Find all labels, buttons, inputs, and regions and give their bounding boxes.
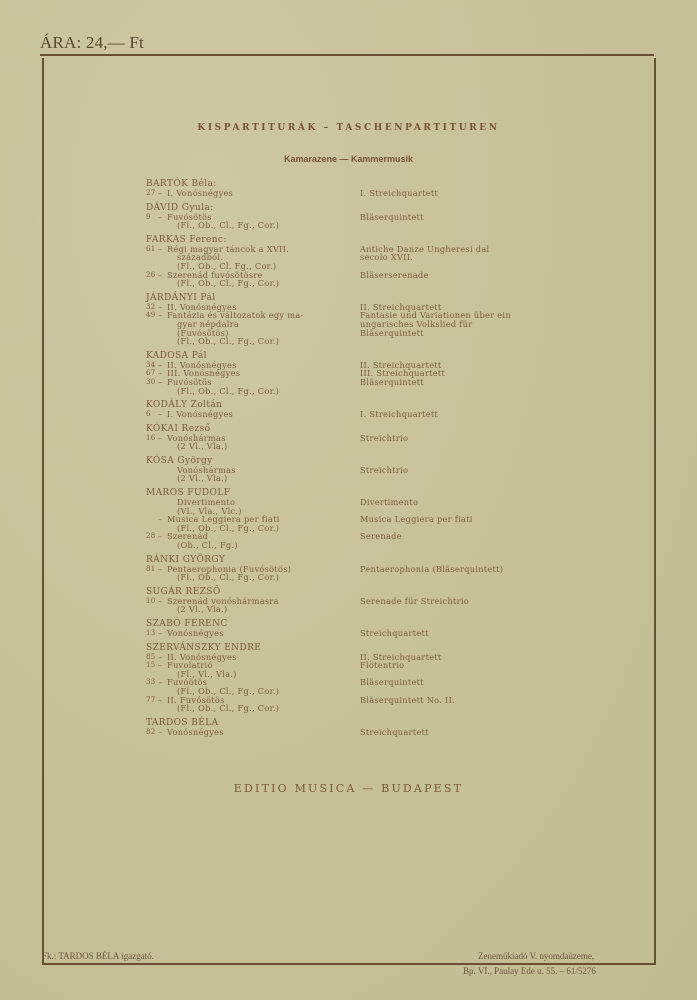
catalog-number	[146, 320, 158, 329]
dash: –	[158, 378, 167, 387]
work-title-hungarian: Vonósnégyes	[167, 728, 360, 737]
catalog-number: 81	[146, 565, 158, 574]
catalog-number	[146, 605, 158, 614]
work-row: 6–I. VonósnégyesI. Streichquartett	[146, 410, 566, 419]
dash	[158, 573, 167, 582]
catalog-number	[146, 670, 158, 679]
dash	[158, 605, 167, 614]
catalog-number: 32	[146, 303, 158, 312]
work-title-german	[360, 541, 560, 550]
dash	[158, 221, 167, 230]
work-title-hungarian: (Fl., Ob., Cl., Fg., Cor.)	[167, 387, 360, 396]
catalog-number: 77	[146, 696, 158, 705]
work-title-german: Pentaerophonia (Bläserquintett)	[360, 565, 560, 574]
work-title-hungarian: I. Vonósnégyes	[167, 410, 360, 419]
catalog-number	[146, 704, 158, 713]
catalog-number: 16	[146, 434, 158, 443]
dash	[158, 541, 167, 550]
work-title-german: Musica Leggiera per fiati	[360, 515, 560, 524]
catalog-number	[146, 253, 158, 262]
catalog-number: 9	[146, 213, 158, 222]
dash: –	[158, 213, 167, 222]
dash	[158, 253, 167, 262]
catalog-number	[146, 329, 158, 338]
dash: –	[158, 565, 167, 574]
work-title-german	[360, 442, 560, 451]
catalog-number: 26	[146, 271, 158, 280]
work-title-hungarian: (Fl., Ob., Cl., Fg., Cor.)	[167, 337, 360, 346]
work-title-german: Bläserquintett	[360, 213, 560, 222]
composer-entry: KÓSA GyörgyVonóshármasStreichtrio(2 Vl.,…	[146, 457, 566, 483]
dash: –	[158, 696, 167, 705]
work-title-german: Bläserquintett	[360, 329, 560, 338]
dash: –	[158, 515, 167, 524]
dash	[158, 498, 167, 507]
work-title-german	[360, 221, 560, 230]
catalog-number: 49	[146, 311, 158, 320]
work-title-german: Bläserquintett No. II.	[360, 696, 560, 705]
catalog-title: KISPARTITURÁK – TASCHENPARTITUREN	[0, 123, 697, 133]
composer-entry: RÁNKI GYÖRGY81–Pentaerophonia (Fuvósötös…	[146, 556, 566, 582]
dash	[158, 337, 167, 346]
catalog-number: 15	[146, 661, 158, 670]
dash: –	[158, 410, 167, 419]
work-row: (Ob., Cl., Fg.)	[146, 541, 566, 550]
dash	[158, 474, 167, 483]
work-title-hungarian: I. Vonósnégyes	[167, 189, 360, 198]
composer-entry: KÓKAI Rezső16–VonóshármasStreichtrio(2 V…	[146, 425, 566, 451]
dash: –	[158, 597, 167, 606]
work-title-german: Streichtrio	[360, 466, 560, 475]
work-row: (Fl., Vl., Vla.)	[146, 670, 566, 679]
catalog-number	[146, 687, 158, 696]
work-title-german: Streichtrio	[360, 434, 560, 443]
composer-entry: DÁVID Gyula:9–FuvósötösBläserquintett(Fl…	[146, 204, 566, 230]
work-title-german	[360, 337, 560, 346]
work-title-german: Serenade für Streichtrio	[360, 597, 560, 606]
work-row: (Fl., Ob., Cl., Fg., Cor.)	[146, 573, 566, 582]
composer-entry: KADOSA Pál34–II. VonósnégyesII. Streichq…	[146, 352, 566, 395]
catalog-number: 82	[146, 728, 158, 737]
work-title-german	[360, 605, 560, 614]
dash: –	[158, 245, 167, 254]
work-row: 27–I. VonósnégyesI. Streichquartett	[146, 189, 566, 198]
work-title-hungarian: (Fl., Ob., Cl., Fg., Cor.)	[167, 573, 360, 582]
work-title-german: Bläserserenade	[360, 271, 560, 280]
dash	[158, 320, 167, 329]
work-row: (2 Vl., Vla.)	[146, 442, 566, 451]
catalog-number: 33	[146, 678, 158, 687]
work-title-hungarian: (2 Vl., Vla.)	[167, 605, 360, 614]
dash: –	[158, 271, 167, 280]
dash: –	[158, 629, 167, 638]
catalog-number	[146, 515, 158, 524]
publisher-name: EDITIO MUSICA — BUDAPEST	[0, 782, 697, 795]
catalog-number: 13	[146, 629, 158, 638]
imprint-printer: Zeneműkiadó V. nyomdaüzeme,	[478, 951, 594, 961]
work-row: (2 Vl., Vla.)	[146, 474, 566, 483]
catalog-number	[146, 573, 158, 582]
catalog-number	[146, 442, 158, 451]
work-row: (Fl., Ob., Cl., Fg., Cor.)	[146, 337, 566, 346]
dash: –	[158, 189, 167, 198]
work-row: 82–VonósnégyesStreichquartett	[146, 728, 566, 737]
work-row: 13–VonósnégyesStreichquartett	[146, 629, 566, 638]
catalog-number: 34	[146, 361, 158, 370]
dash	[158, 387, 167, 396]
work-title-german: Bläserquintett	[360, 378, 560, 387]
catalog-number: 28	[146, 532, 158, 541]
work-title-hungarian: (2 Vl., Vla.)	[167, 474, 360, 483]
composer-entry: SZERVÁNSZKY ENDRE85–II. VonósnégyesII. S…	[146, 644, 566, 713]
work-title-hungarian: Vonósnégyes	[167, 629, 360, 638]
composer-entry: BARTÓK Béla:27–I. VonósnégyesI. Streichq…	[146, 180, 566, 198]
work-title-hungarian: (Fl., Ob., Cl., Fg., Cor.)	[167, 221, 360, 230]
dash	[158, 704, 167, 713]
catalog-number	[146, 541, 158, 550]
work-title-german	[360, 704, 560, 713]
work-title-german	[360, 573, 560, 582]
catalog-number: 67	[146, 369, 158, 378]
dash: –	[158, 678, 167, 687]
composer-entry: JÁRDÁNYI Pál32–II. VonósnégyesII. Streic…	[146, 294, 566, 346]
dash	[158, 329, 167, 338]
work-title-german: I. Streichquartett	[360, 189, 560, 198]
work-title-german: Flötentrio	[360, 661, 560, 670]
catalog-number	[146, 387, 158, 396]
catalog-number	[146, 474, 158, 483]
catalog-number	[146, 337, 158, 346]
catalog-subtitle: Kamarazene — Kammermusik	[0, 154, 697, 164]
work-title-hungarian: (Fl., Ob., Cl., Fg., Cor.)	[167, 279, 360, 288]
catalog-number: 30	[146, 378, 158, 387]
dash: –	[158, 728, 167, 737]
catalog-number	[146, 279, 158, 288]
work-title-german: Bläserquintett	[360, 678, 560, 687]
composer-entry: KODÁLY Zoltán6–I. VonósnégyesI. Streichq…	[146, 401, 566, 419]
dash: –	[158, 434, 167, 443]
composer-entry: FARKAS Ferenc:61–Régi magyar táncok a XV…	[146, 236, 566, 288]
composer-entry: TARDOS BÉLA82–VonósnégyesStreichquartett	[146, 719, 566, 737]
catalog-number: 85	[146, 653, 158, 662]
top-rule	[40, 54, 654, 56]
work-title-german	[360, 387, 560, 396]
work-title-german: secolo XVII.	[360, 253, 560, 262]
work-title-german: Streichquartett	[360, 629, 560, 638]
composer-entry: SUGÁR REZSŐ10–Szerenád vonóshármasraSere…	[146, 588, 566, 614]
work-title-german: I. Streichquartett	[360, 410, 560, 419]
catalog-number	[146, 262, 158, 271]
dash: –	[158, 311, 167, 320]
work-title-german	[360, 279, 560, 288]
work-row: (Fl., Ob., Cl., Fg., Cor.)	[146, 279, 566, 288]
dash	[158, 466, 167, 475]
catalog-number: 61	[146, 245, 158, 254]
work-title-german: Serenade	[360, 532, 560, 541]
catalog-list: BARTÓK Béla:27–I. VonósnégyesI. Streichq…	[146, 180, 566, 742]
catalog-number	[146, 507, 158, 516]
work-title-hungarian: (Ob., Cl., Fg.)	[167, 541, 360, 550]
composer-entry: MAROS FUDOLFDivertimentoDivertimento(Vl.…	[146, 489, 566, 550]
work-title-german: Divertimento	[360, 498, 560, 507]
work-title-hungarian: (2 Vl., Vla.)	[167, 442, 360, 451]
catalog-number: 10	[146, 597, 158, 606]
work-title-german	[360, 474, 560, 483]
composer-entry: SZABÓ FERENC13–VonósnégyesStreichquartet…	[146, 620, 566, 638]
catalog-number	[146, 221, 158, 230]
dash: –	[158, 661, 167, 670]
work-row: (2 Vl., Vla.)	[146, 605, 566, 614]
catalog-number	[146, 498, 158, 507]
work-row: (Fl., Ob., Cl., Fg., Cor.)	[146, 704, 566, 713]
price-label: ÁRA: 24,— Ft	[40, 33, 144, 53]
work-row: (Fl., Ob., Cl., Fg., Cor.)	[146, 524, 566, 533]
catalog-number	[146, 524, 158, 533]
imprint-director: Fk.: TARDOS BÉLA igazgató.	[42, 951, 154, 961]
catalog-number: 6	[146, 410, 158, 419]
imprint-address: Bp. VI., Paulay Ede u. 55. – 61/5276	[463, 966, 596, 976]
dash	[158, 442, 167, 451]
work-row: (Fl., Ob., Cl., Fg., Cor.)	[146, 221, 566, 230]
dash	[158, 279, 167, 288]
dash: –	[158, 532, 167, 541]
work-row: (Fl., Ob., Cl., Fg., Cor.)	[146, 387, 566, 396]
catalog-number	[146, 466, 158, 475]
work-title-german: Streichquartett	[360, 728, 560, 737]
work-title-hungarian: (Fl., Ob., Cl., Fg., Cor.)	[167, 704, 360, 713]
catalog-number: 27	[146, 189, 158, 198]
